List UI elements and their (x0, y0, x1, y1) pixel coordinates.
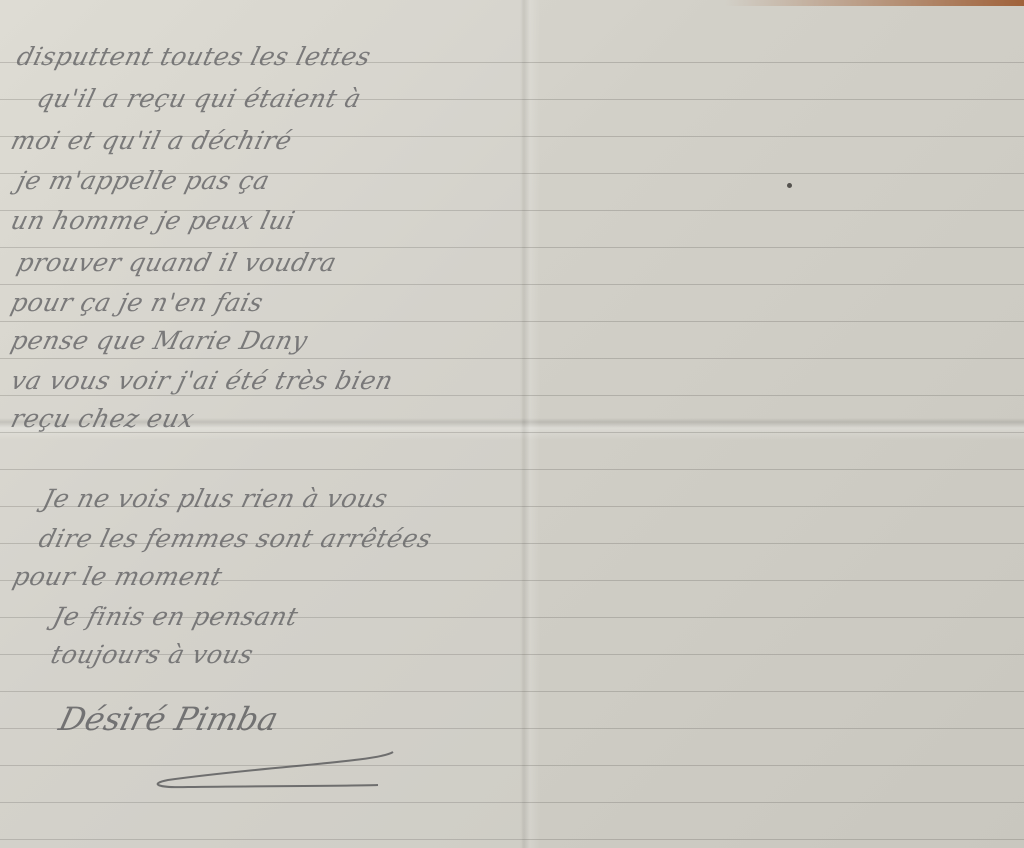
letter-paper: disputtent toutes les lettes qu'il a reç… (0, 0, 1024, 848)
signature: Désiré Pimba (55, 700, 282, 738)
handwritten-line-5: un homme je peux lui (8, 206, 298, 235)
handwritten-line-14: Je finis en pensant (50, 602, 301, 631)
handwritten-line-3: moi et qu'il a déchiré (8, 126, 295, 155)
handwritten-line-12: dire les femmes sont arrêtées (36, 524, 435, 553)
ink-spot (787, 183, 792, 188)
handwritten-line-1: disputtent toutes les lettes (14, 42, 374, 71)
handwritten-line-10: reçu chez eux (8, 404, 198, 433)
handwritten-line-7: pour ça je n'en fais (8, 288, 266, 317)
handwritten-line-9: va vous voir j'ai été très bien (8, 366, 396, 395)
handwritten-line-13: pour le moment (10, 562, 225, 591)
handwritten-line-15: toujours à vous (48, 640, 257, 669)
handwritten-line-6: prouver quand il voudra (14, 248, 340, 277)
signature-flourish (148, 740, 398, 790)
handwritten-line-11: Je ne vois plus rien à vous (40, 484, 391, 513)
handwritten-line-8: pense que Marie Dany (8, 326, 311, 355)
handwritten-line-4: je m'appelle pas ça (14, 166, 273, 195)
handwritten-line-2: qu'il a reçu qui étaient à (34, 84, 364, 113)
